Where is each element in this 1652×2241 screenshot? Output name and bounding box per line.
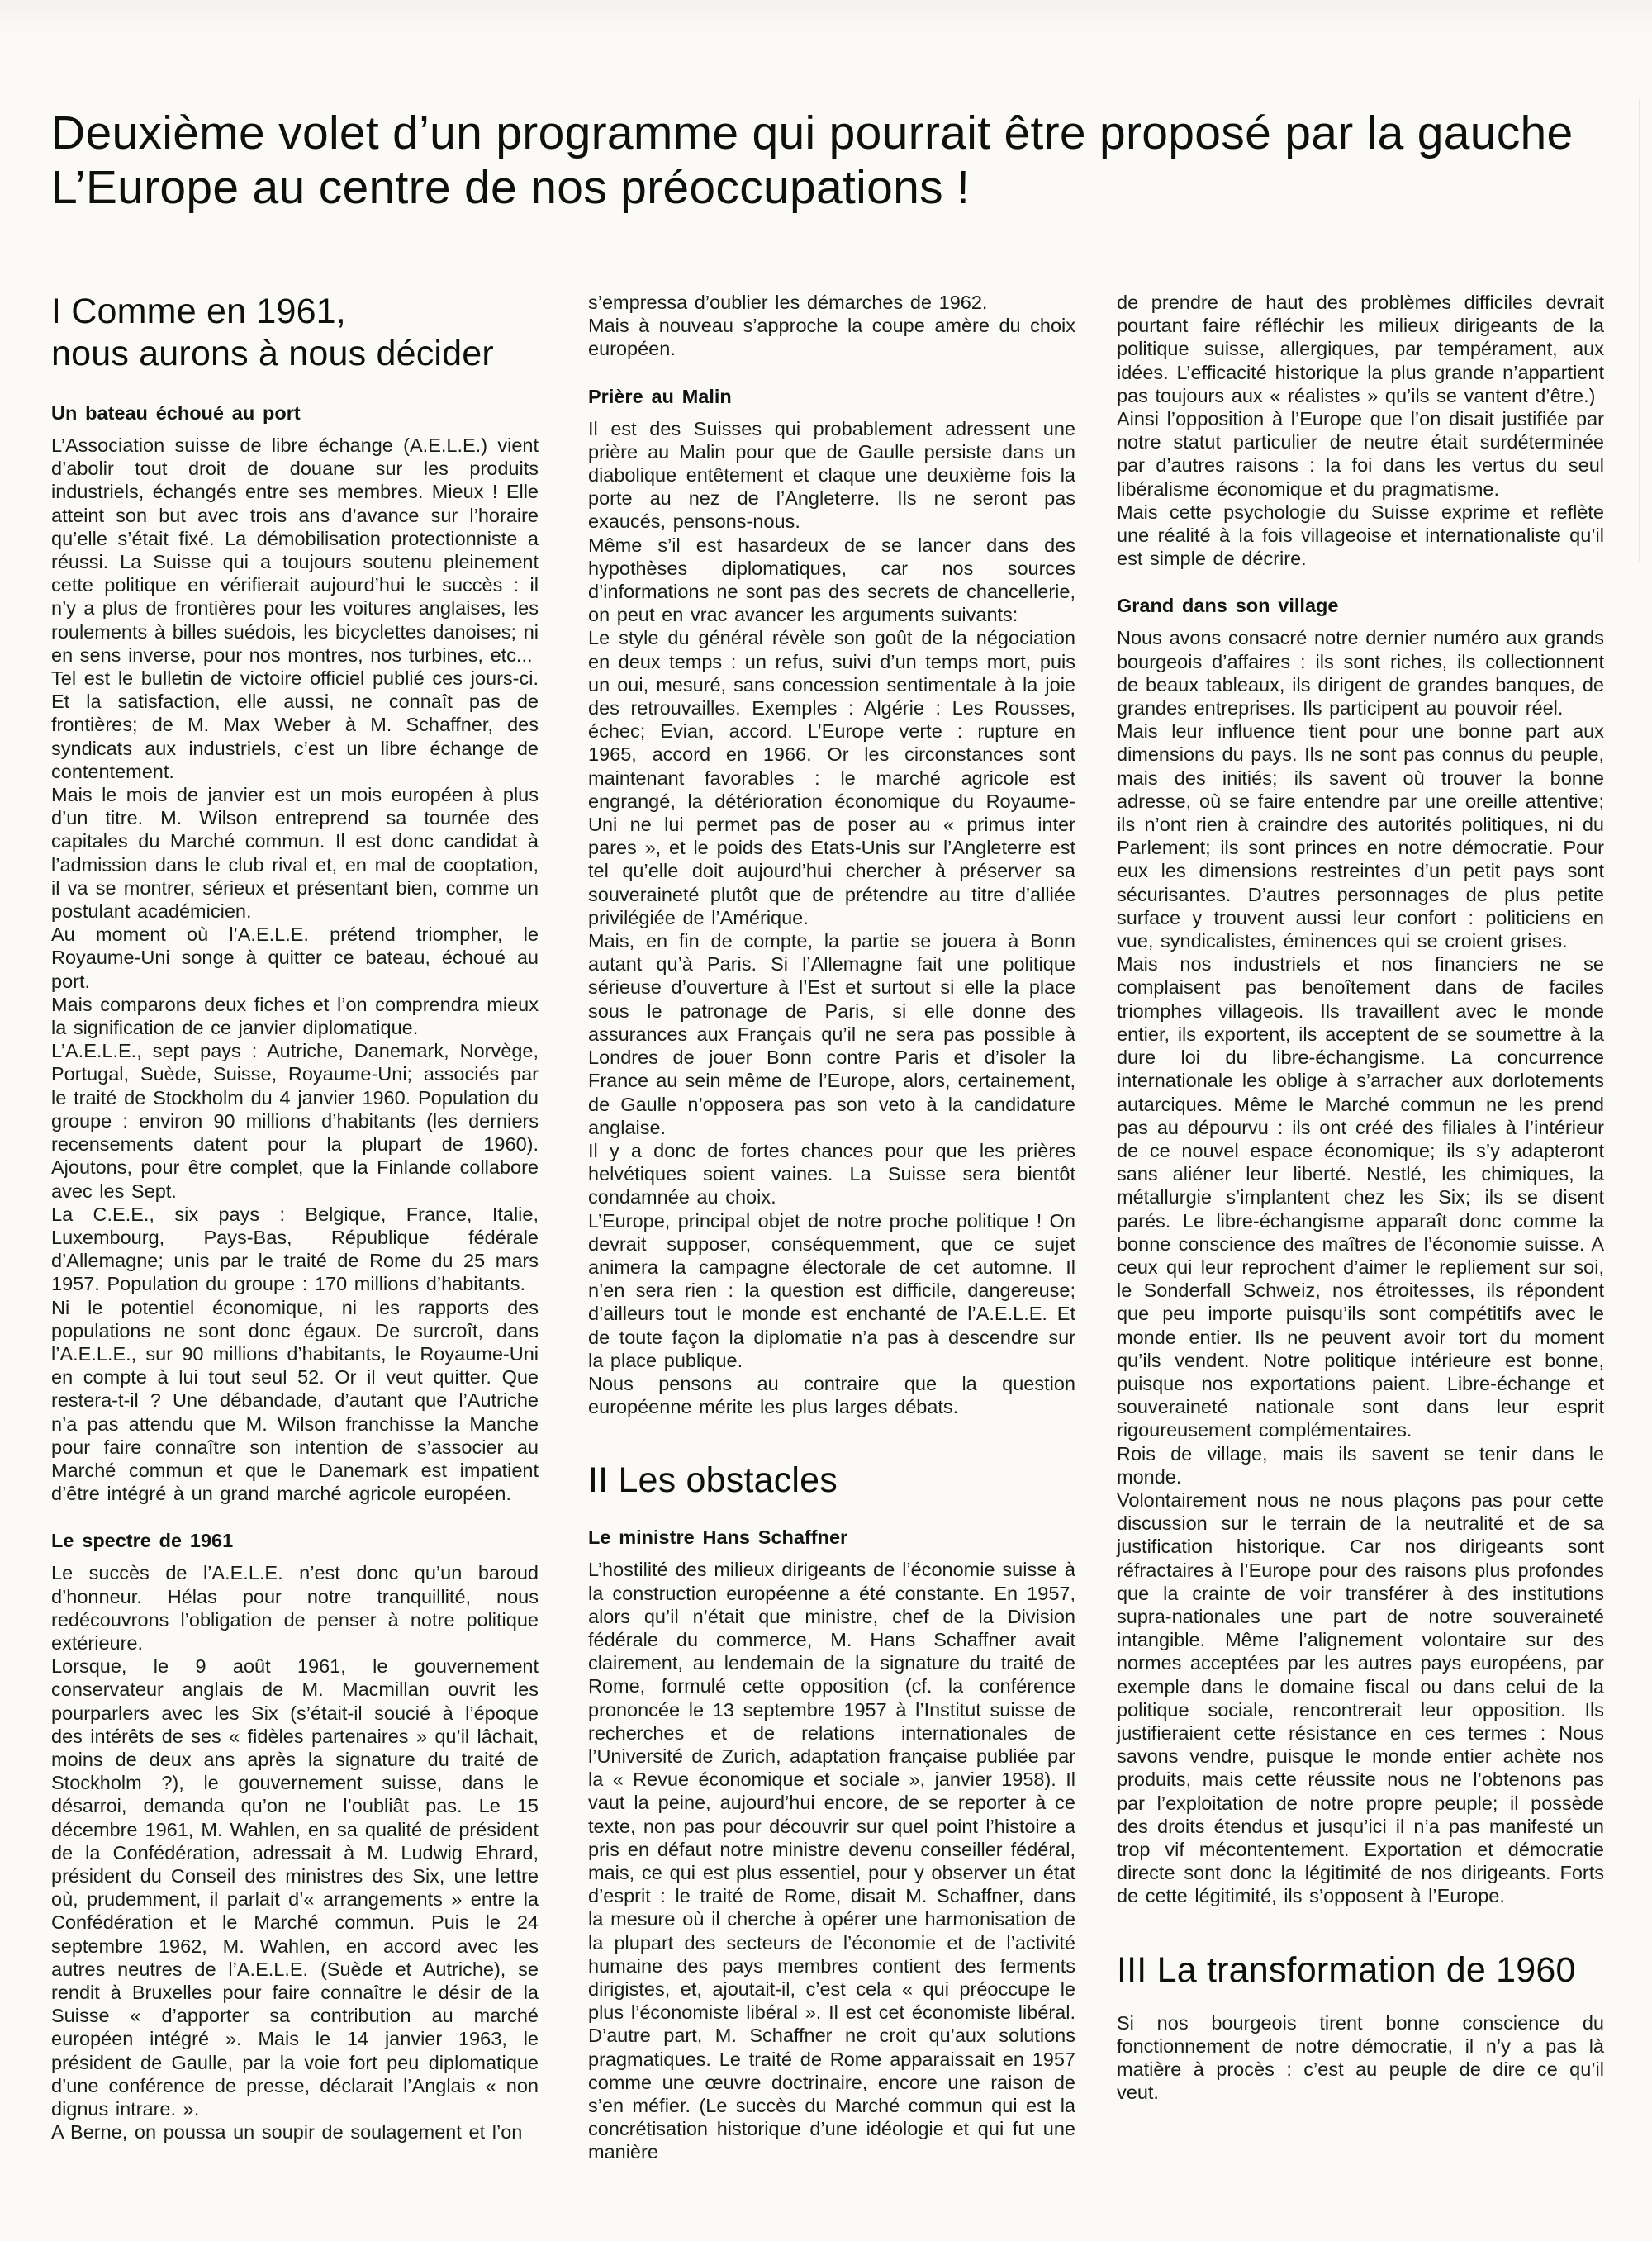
paragraph: Nous pensons au contraire que la questio… [588,1372,1075,1418]
paragraph: Au moment où l’A.E.L.E. prétend triomphe… [51,923,539,993]
section-heading-i-line-2: nous aurons à nous décider [51,333,539,375]
headline-line-2: L’Europe au centre de nos préoccupations… [51,160,1604,215]
headline-line-1: Deuxième volet d’un programme qui pourra… [51,106,1604,160]
section-heading-iii: III La transformation de 1960 [1117,1949,1604,1992]
paragraph: Mais cette psychologie du Suisse exprime… [1117,501,1604,571]
paragraph: Ni le potentiel économique, ni les rappo… [51,1296,539,1506]
section-heading-i: I Comme en 1961, nous aurons à nous déci… [51,291,539,375]
paragraph: Mais, en fin de compte, la partie se jou… [588,929,1075,1139]
paragraph: Même s’il est hasardeux de se lancer dan… [588,534,1075,627]
paragraph: Ainsi l’opposition à l’Europe que l’on d… [1117,407,1604,501]
paragraph: Mais nos industriels et nos financiers n… [1117,952,1604,1441]
paragraph: Si nos bourgeois tirent bonne conscience… [1117,2011,1604,2105]
column-3: de prendre de haut des problèmes diffici… [1117,291,1604,2104]
subhead-le-spectre-de-1961: Le spectre de 1961 [51,1529,539,1552]
section-heading-i-line-1: I Comme en 1961, [51,291,539,333]
subhead-priere-au-malin: Prière au Malin [588,385,1075,408]
paragraph: L’Europe, principal objet de notre proch… [588,1209,1075,1372]
paragraph: L’Association suisse de libre échange (A… [51,434,539,667]
paragraph: Mais comparons deux fiches et l’on compr… [51,993,539,1039]
subhead-un-bateau-echoue-au-port: Un bateau échoué au port [51,401,539,425]
section-heading-ii: II Les obstacles [588,1460,1075,1502]
paragraph: Rois de village, mais ils savent se teni… [1117,1442,1604,1488]
paragraph: Il y a donc de fortes chances pour que l… [588,1139,1075,1209]
scan-edge-artifact [1639,99,1640,562]
paragraph: Le succès de l’A.E.L.E. n’est donc qu’un… [51,1561,539,1655]
paragraph: L’hostilité des milieux dirigeants de l’… [588,1558,1075,2163]
headline: Deuxième volet d’un programme qui pourra… [51,106,1604,215]
paragraph: Lorsque, le 9 août 1961, le gouvernement… [51,1655,539,2120]
paragraph: Le style du général révèle son goût de l… [588,626,1075,929]
paragraph: Il est des Suisses qui probablement adre… [588,417,1075,534]
paragraph: s’empressa d’oublier les démarches de 19… [588,291,1075,314]
column-2: s’empressa d’oublier les démarches de 19… [588,291,1075,2164]
paragraph: de prendre de haut des problèmes diffici… [1117,291,1604,407]
column-1: I Comme en 1961, nous aurons à nous déci… [51,291,539,2144]
paragraph: Mais le mois de janvier est un mois euro… [51,783,539,923]
paragraph: Mais à nouveau s’approche la coupe amère… [588,314,1075,360]
paragraph: A Berne, on poussa un soupir de soulagem… [51,2120,539,2144]
paragraph: L’A.E.L.E., sept pays : Autriche, Danema… [51,1039,539,1202]
paragraph: Tel est le bulletin de victoire officiel… [51,667,539,783]
paragraph: Mais leur influence tient pour une bonne… [1117,719,1604,952]
paragraph: Volontairement nous ne nous plaçons pas … [1117,1488,1604,1908]
subhead-le-ministre-hans-schaffner: Le ministre Hans Schaffner [588,1526,1075,1549]
newspaper-page: Deuxième volet d’un programme qui pourra… [0,0,1652,2241]
paragraph: Nous avons consacré notre dernier numéro… [1117,626,1604,719]
paragraph: La C.E.E., six pays : Belgique, France, … [51,1203,539,1296]
subhead-grand-dans-son-village: Grand dans son village [1117,594,1604,617]
